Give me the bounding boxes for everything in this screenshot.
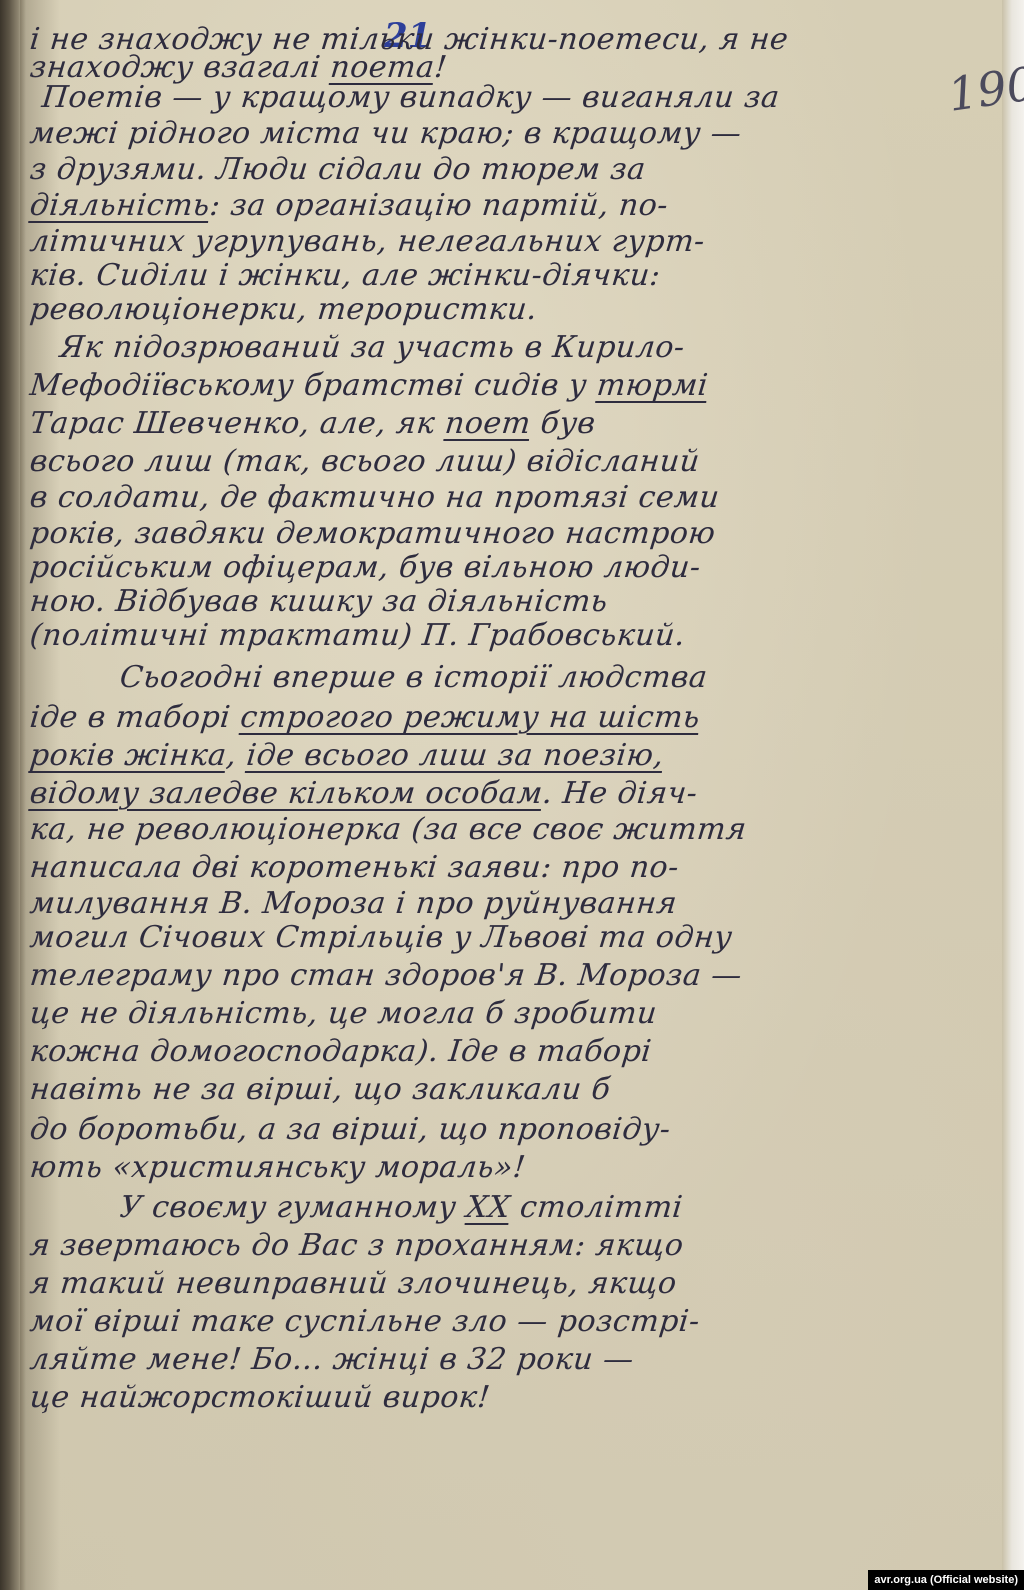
text-segment: ляйте мене! Бо... жінці в 32 роки — xyxy=(28,1342,635,1377)
text-segment: милування В. Мороза і про руйнування xyxy=(28,886,679,921)
text-line: російським офіцерам, був вільною люди- xyxy=(28,550,702,585)
text-line: всього лиш (так, всього лиш) відісланий xyxy=(28,444,701,479)
text-line: мої вірші таке суспільне зло — розстрі- xyxy=(28,1304,701,1339)
text-line: ків. Сиділи і жінки, але жінки-діячки: xyxy=(28,258,662,293)
text-segment: написала дві коротенькі заяви: про по- xyxy=(28,850,681,885)
underlined-text: поет xyxy=(443,406,532,441)
text-segment: ка, не революціонерка (за все своє життя xyxy=(28,812,748,847)
text-segment: я звертаюсь до Вас з проханням: якщо xyxy=(28,1228,685,1263)
text-line: в солдати, де фактично на протязі семи xyxy=(28,480,721,515)
text-line: Сьогодні вперше в історії людства xyxy=(118,660,709,695)
text-segment: Поетів — у кращому випадку — виганяли за xyxy=(40,80,781,115)
text-line: ють «християнську мораль»! xyxy=(28,1150,527,1185)
text-segment: літичних угрупувань, нелегальних гурт- xyxy=(28,224,706,259)
underlined-text: відому заледве кільком особам xyxy=(28,776,544,811)
text-line: до боротьби, а за вірші, що проповіду- xyxy=(28,1112,672,1147)
text-line: літичних угрупувань, нелегальних гурт- xyxy=(28,224,706,259)
text-segment: телеграму про стан здоров'я В. Мороза — xyxy=(28,958,744,993)
text-segment: Сьогодні вперше в історії людства xyxy=(118,660,709,695)
text-line: це не діяльність, це могла б зробити xyxy=(28,996,659,1031)
text-line: милування В. Мороза і про руйнування xyxy=(28,886,679,921)
text-line: (політичні трактати) П. Грабовський. xyxy=(28,618,687,653)
text-line: телеграму про стан здоров'я В. Мороза — xyxy=(28,958,744,993)
text-segment: всього лиш (так, всього лиш) відісланий xyxy=(28,444,701,479)
text-segment: столітті xyxy=(508,1190,684,1225)
text-segment: (політичні трактати) П. Грабовський. xyxy=(28,618,687,653)
text-segment: мої вірші таке суспільне зло — розстрі- xyxy=(28,1304,701,1339)
text-line: я такий невиправний злочинець, якщо xyxy=(28,1266,678,1301)
text-segment: це найжорстокіший вирок! xyxy=(28,1380,492,1415)
text-segment: років, завдяки демократичного настрою xyxy=(28,516,717,551)
text-segment: це не діяльність, це могла б зробити xyxy=(28,996,659,1031)
text-segment: : за організацію партій, по- xyxy=(208,188,670,223)
text-segment: я такий невиправний злочинець, якщо xyxy=(28,1266,678,1301)
text-line: років, завдяки демократичного настрою xyxy=(28,516,717,551)
underlined-text: іде всього лиш за поезію, xyxy=(245,738,666,773)
text-segment: був xyxy=(529,406,597,441)
text-segment: Мефодіївському братстві сидів у xyxy=(28,368,599,403)
text-segment: ною. Відбував кишку за діяльність xyxy=(28,584,609,619)
text-line: Тарас Шевченко, але, як поет був xyxy=(28,406,597,441)
text-line: кожна домогосподарка). Іде в таборі xyxy=(28,1034,653,1069)
text-segment: іде в таборі xyxy=(28,700,242,735)
text-segment: в солдати, де фактично на протязі семи xyxy=(28,480,721,515)
text-segment: з друзями. Люди сідали до тюрем за xyxy=(28,152,647,187)
text-segment: ють «християнську мораль»! xyxy=(28,1150,527,1185)
text-line: У своєму гуманному XX столітті xyxy=(118,1190,684,1225)
text-line: революціонерки, терористки. xyxy=(28,292,539,327)
text-segment: ків. Сиділи і жінки, але жінки-діячки: xyxy=(28,258,662,293)
source-watermark: avr.org.ua (Official website) xyxy=(868,1570,1024,1590)
text-line: діяльність: за організацію партій, по- xyxy=(28,188,670,223)
text-segment: Як підозрюваний за участь в Кирило- xyxy=(58,330,686,365)
text-line: я звертаюсь до Вас з проханням: якщо xyxy=(28,1228,685,1263)
text-segment: російським офіцерам, був вільною люди- xyxy=(28,550,702,585)
text-segment: межі рідного міста чи краю; в кращому — xyxy=(28,116,743,151)
text-line: це найжорстокіший вирок! xyxy=(28,1380,492,1415)
text-line: з друзями. Люди сідали до тюрем за xyxy=(28,152,647,187)
text-line: навіть не за вірші, що закликали б xyxy=(28,1072,612,1107)
manuscript-page: 21 190 і не знаходжу не тільки жінки-пое… xyxy=(0,0,1024,1590)
text-line: Як підозрюваний за участь в Кирило- xyxy=(58,330,686,365)
underlined-text: діяльність xyxy=(28,188,212,223)
text-segment: до боротьби, а за вірші, що проповіду- xyxy=(28,1112,672,1147)
underlined-text: строгого режиму на шість xyxy=(239,700,702,735)
text-segment: революціонерки, терористки. xyxy=(28,292,539,327)
text-segment: кожна домогосподарка). Іде в таборі xyxy=(28,1034,653,1069)
text-segment: могил Січових Стрільців у Львові та одну xyxy=(28,920,734,955)
text-segment: . Не діяч- xyxy=(541,776,699,811)
text-line: ною. Відбував кишку за діяльність xyxy=(28,584,609,619)
text-line: ляйте мене! Бо... жінці в 32 роки — xyxy=(28,1342,635,1377)
text-line: Поетів — у кращому випадку — виганяли за xyxy=(40,80,781,115)
text-line: Мефодіївському братстві сидів у тюрмі xyxy=(28,368,710,403)
text-line: ка, не революціонерка (за все своє життя xyxy=(28,812,748,847)
text-line: іде в таборі строгого режиму на шість xyxy=(28,700,702,735)
page-right-edge xyxy=(1002,0,1024,1590)
text-segment: Тарас Шевченко, але, як xyxy=(28,406,447,441)
text-segment: У своєму гуманному xyxy=(118,1190,468,1225)
text-line: написала дві коротенькі заяви: про по- xyxy=(28,850,681,885)
text-line: років жінка, іде всього лиш за поезію, xyxy=(28,738,665,773)
page-number: 190 xyxy=(945,56,1024,122)
text-line: відому заледве кільком особам. Не діяч- xyxy=(28,776,699,811)
text-segment: навіть не за вірші, що закликали б xyxy=(28,1072,612,1107)
underlined-text: років жінка xyxy=(28,738,228,773)
text-line: могил Січових Стрільців у Львові та одну xyxy=(28,920,734,955)
text-line: межі рідного міста чи краю; в кращому — xyxy=(28,116,743,151)
underlined-text: тюрмі xyxy=(595,368,710,403)
underlined-text: XX xyxy=(465,1190,512,1225)
